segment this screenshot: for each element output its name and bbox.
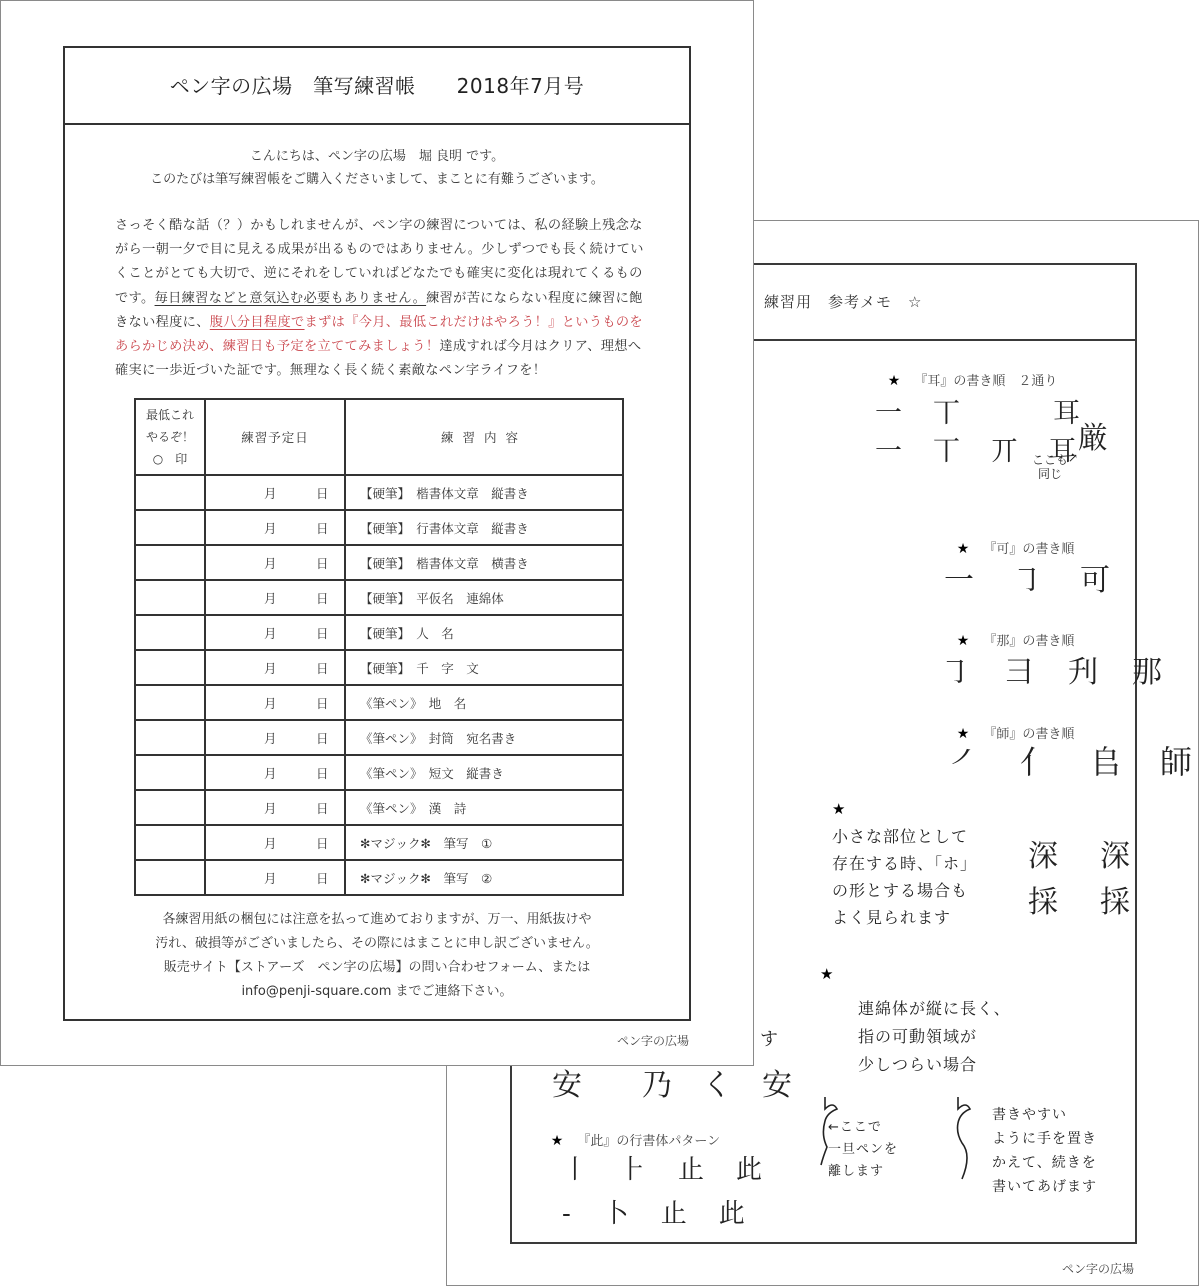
notice-line-email: info@penji-square.com までご連絡下さい。 — [65, 980, 689, 1004]
month-label: 月 — [264, 589, 277, 607]
content-cell: 【硬筆】 平仮名 連綿体 — [345, 580, 623, 615]
front-header: ペン字の広場 筆写練習帳 2018年7月号 — [65, 48, 689, 125]
header-content: 練習内容 — [345, 399, 623, 475]
date-cell[interactable]: 月日 — [205, 825, 345, 860]
back-page-footer: ペン字の広場 — [1062, 1260, 1134, 1277]
note-koko-mo: ここも — [1032, 453, 1068, 467]
pen-stroke-continue-icon — [952, 1095, 982, 1185]
date-cell[interactable]: 月日 — [205, 475, 345, 510]
date-cell[interactable]: 月日 — [205, 580, 345, 615]
check-cell[interactable] — [135, 580, 205, 615]
date-cell[interactable]: 月日 — [205, 615, 345, 650]
table-row: 月日【硬筆】 楷書体文章 横書き — [135, 545, 623, 580]
check-cell[interactable] — [135, 755, 205, 790]
check-cell[interactable] — [135, 860, 205, 895]
month-label: 月 — [264, 659, 277, 677]
front-frame: ペン字の広場 筆写練習帳 2018年7月号 こんにちは、ペン字の広場 堀 良明 … — [63, 46, 691, 1021]
date-cell[interactable]: 月日 — [205, 755, 345, 790]
example-sai: 採 採 — [1028, 877, 1136, 921]
front-page-practice-sheet: ペン字の広場 筆写練習帳 2018年7月号 こんにちは、ペン字の広場 堀 良明 … — [0, 0, 754, 1066]
month-label: 月 — [264, 799, 277, 817]
date-cell[interactable]: 月日 — [205, 650, 345, 685]
greeting-line-2: このたびは筆写練習帳をご購入くださいまして、まことに有難うございます。 — [65, 168, 689, 191]
practice-plan-table: 最低これ やるぞ！ ○ 印 練習予定日 練習内容 月日【硬筆】 楷書体文章 縦書… — [134, 398, 624, 896]
month-label: 月 — [264, 519, 277, 537]
star-icon: ★ — [888, 373, 901, 389]
day-label: 日 — [316, 799, 329, 817]
month-label: 月 — [264, 764, 277, 782]
month-label: 月 — [264, 484, 277, 502]
month-label: 月 — [264, 554, 277, 572]
month-label: 月 — [264, 869, 277, 887]
table-row: 月日【硬筆】 千 字 文 — [135, 650, 623, 685]
content-cell: ✻マジック✻ 筆写 ② — [345, 860, 623, 895]
content-cell: 【硬筆】 千 字 文 — [345, 650, 623, 685]
month-label: 月 — [264, 834, 277, 852]
notice: 各練習用紙の梱包には注意を払って進めておりますが、万一、用紙抜けや 汚れ、破損等… — [65, 908, 689, 1004]
greeting: こんにちは、ペン字の広場 堀 良明 です。 このたびは筆写練習帳をご購入ください… — [65, 145, 689, 191]
day-label: 日 — [316, 659, 329, 677]
page-title: ペン字の広場 筆写練習帳 2018年7月号 — [65, 70, 689, 99]
star-icon: ★ — [832, 800, 845, 818]
date-cell[interactable]: 月日 — [205, 790, 345, 825]
content-cell: ✻マジック✻ 筆写 ① — [345, 825, 623, 860]
content-cell: 《筆ペン》 短文 縦書き — [345, 755, 623, 790]
star-icon: ★ — [820, 965, 833, 983]
content-cell: 【硬筆】 楷書体文章 横書き — [345, 545, 623, 580]
table-header-row: 最低これ やるぞ！ ○ 印 練習予定日 練習内容 — [135, 399, 623, 475]
check-cell[interactable] — [135, 615, 205, 650]
note-pen-lift: ←ここで 一旦ペンを 離します — [828, 1117, 898, 1183]
month-label: 月 — [264, 694, 277, 712]
day-label: 日 — [316, 694, 329, 712]
notice-line: 販売サイト【ストアーズ ペン字の広場】の問い合わせフォーム、または — [65, 956, 689, 980]
intro-paragraph: さっそく酷な話（？）かもしれませんが、ペン字の練習については、私の経験上残念なが… — [115, 214, 649, 383]
date-cell[interactable]: 月日 — [205, 510, 345, 545]
header-date: 練習予定日 — [205, 399, 345, 475]
content-cell: 【硬筆】 楷書体文章 縦書き — [345, 475, 623, 510]
stroke-order-shi: ㇒ 亻 𠂤 師 — [950, 737, 1195, 783]
day-label: 日 — [316, 554, 329, 572]
header-check: 最低これ やるぞ！ ○ 印 — [135, 399, 205, 475]
fragment-an-row: 安 乃 く 安 — [552, 1060, 792, 1104]
check-cell[interactable] — [135, 510, 205, 545]
pattern-shi-1: 丨 ⺊ 止 此 — [562, 1149, 765, 1186]
day-label: 日 — [316, 729, 329, 747]
pattern-shi-2: - 卜 止 此 — [562, 1193, 748, 1230]
stroke-order-ka: 一 ㇆ 可 — [944, 555, 1114, 599]
intro-underlined: 毎日練習などと意気込む必要もありません。 — [155, 291, 427, 306]
note-renmentai: 連綿体が縦に長く、 指の可動領域が 少しつらい場合 — [858, 995, 1011, 1079]
content-cell: 《筆ペン》 封筒 宛名書き — [345, 720, 623, 755]
star-icon: ★ — [551, 1133, 564, 1149]
date-cell[interactable]: 月日 — [205, 720, 345, 755]
check-cell[interactable] — [135, 720, 205, 755]
table-row: 月日《筆ペン》 封筒 宛名書き — [135, 720, 623, 755]
notice-line: 各練習用紙の梱包には注意を払って進めておりますが、万一、用紙抜けや — [65, 908, 689, 932]
arrow-icon: ↗ — [1068, 451, 1078, 465]
day-label: 日 — [316, 484, 329, 502]
day-label: 日 — [316, 869, 329, 887]
table-row: 月日【硬筆】 楷書体文章 縦書き — [135, 475, 623, 510]
intro-red-underlined: 腹八分目程度で — [210, 315, 305, 330]
table-row: 月日【硬筆】 平仮名 連綿体 — [135, 580, 623, 615]
table-row: 月日【硬筆】 行書体文章 縦書き — [135, 510, 623, 545]
content-cell: 《筆ペン》 地 名 — [345, 685, 623, 720]
month-label: 月 — [264, 624, 277, 642]
note-hand-reposition: 書きやすい ように手を置き かえて、続きを 書いてあげます — [992, 1103, 1097, 1199]
content-cell: 【硬筆】 行書体文章 縦書き — [345, 510, 623, 545]
month-label: 月 — [264, 729, 277, 747]
fragment-su: す — [760, 1025, 778, 1051]
check-cell[interactable] — [135, 475, 205, 510]
example-shin: 深 深 — [1028, 831, 1136, 875]
related-kanji-gen: 厳 — [1078, 413, 1108, 457]
front-page-footer: ペン字の広場 — [617, 1032, 689, 1049]
content-cell: 《筆ペン》 漢 詩 — [345, 790, 623, 825]
table-row: 月日✻マジック✻ 筆写 ① — [135, 825, 623, 860]
greeting-line-1: こんにちは、ペン字の広場 堀 良明 です。 — [65, 145, 689, 168]
notice-line: 汚れ、破損等がございましたら、その際にはまことに申し訳ございません。 — [65, 932, 689, 956]
check-cell[interactable] — [135, 790, 205, 825]
stroke-order-mimi-1: 一 丅 𠀈 𦔮 耳 — [875, 391, 1082, 430]
day-label: 日 — [316, 589, 329, 607]
check-cell[interactable] — [135, 685, 205, 720]
check-cell[interactable] — [135, 650, 205, 685]
note-small-part: 小さな部位として 存在する時、「ホ」 の形とする場合も よく見られます — [832, 823, 977, 931]
table-row: 月日《筆ペン》 地 名 — [135, 685, 623, 720]
table-row: 月日《筆ペン》 短文 縦書き — [135, 755, 623, 790]
date-cell[interactable]: 月日 — [205, 860, 345, 895]
table-row: 月日✻マジック✻ 筆写 ② — [135, 860, 623, 895]
table-row: 月日《筆ペン》 漢 詩 — [135, 790, 623, 825]
date-cell[interactable]: 月日 — [205, 545, 345, 580]
check-cell[interactable] — [135, 825, 205, 860]
content-cell: 【硬筆】 人 名 — [345, 615, 623, 650]
stroke-order-na: ㇆ 彐 刋 那 — [940, 647, 1164, 691]
day-label: 日 — [316, 519, 329, 537]
table-row: 月日【硬筆】 人 名 — [135, 615, 623, 650]
day-label: 日 — [316, 624, 329, 642]
day-label: 日 — [316, 764, 329, 782]
day-label: 日 — [316, 834, 329, 852]
check-cell[interactable] — [135, 545, 205, 580]
date-cell[interactable]: 月日 — [205, 685, 345, 720]
memo-title: 練習用 参考メモ ☆ — [764, 291, 922, 312]
note-onaji: 同じ — [1038, 467, 1062, 481]
